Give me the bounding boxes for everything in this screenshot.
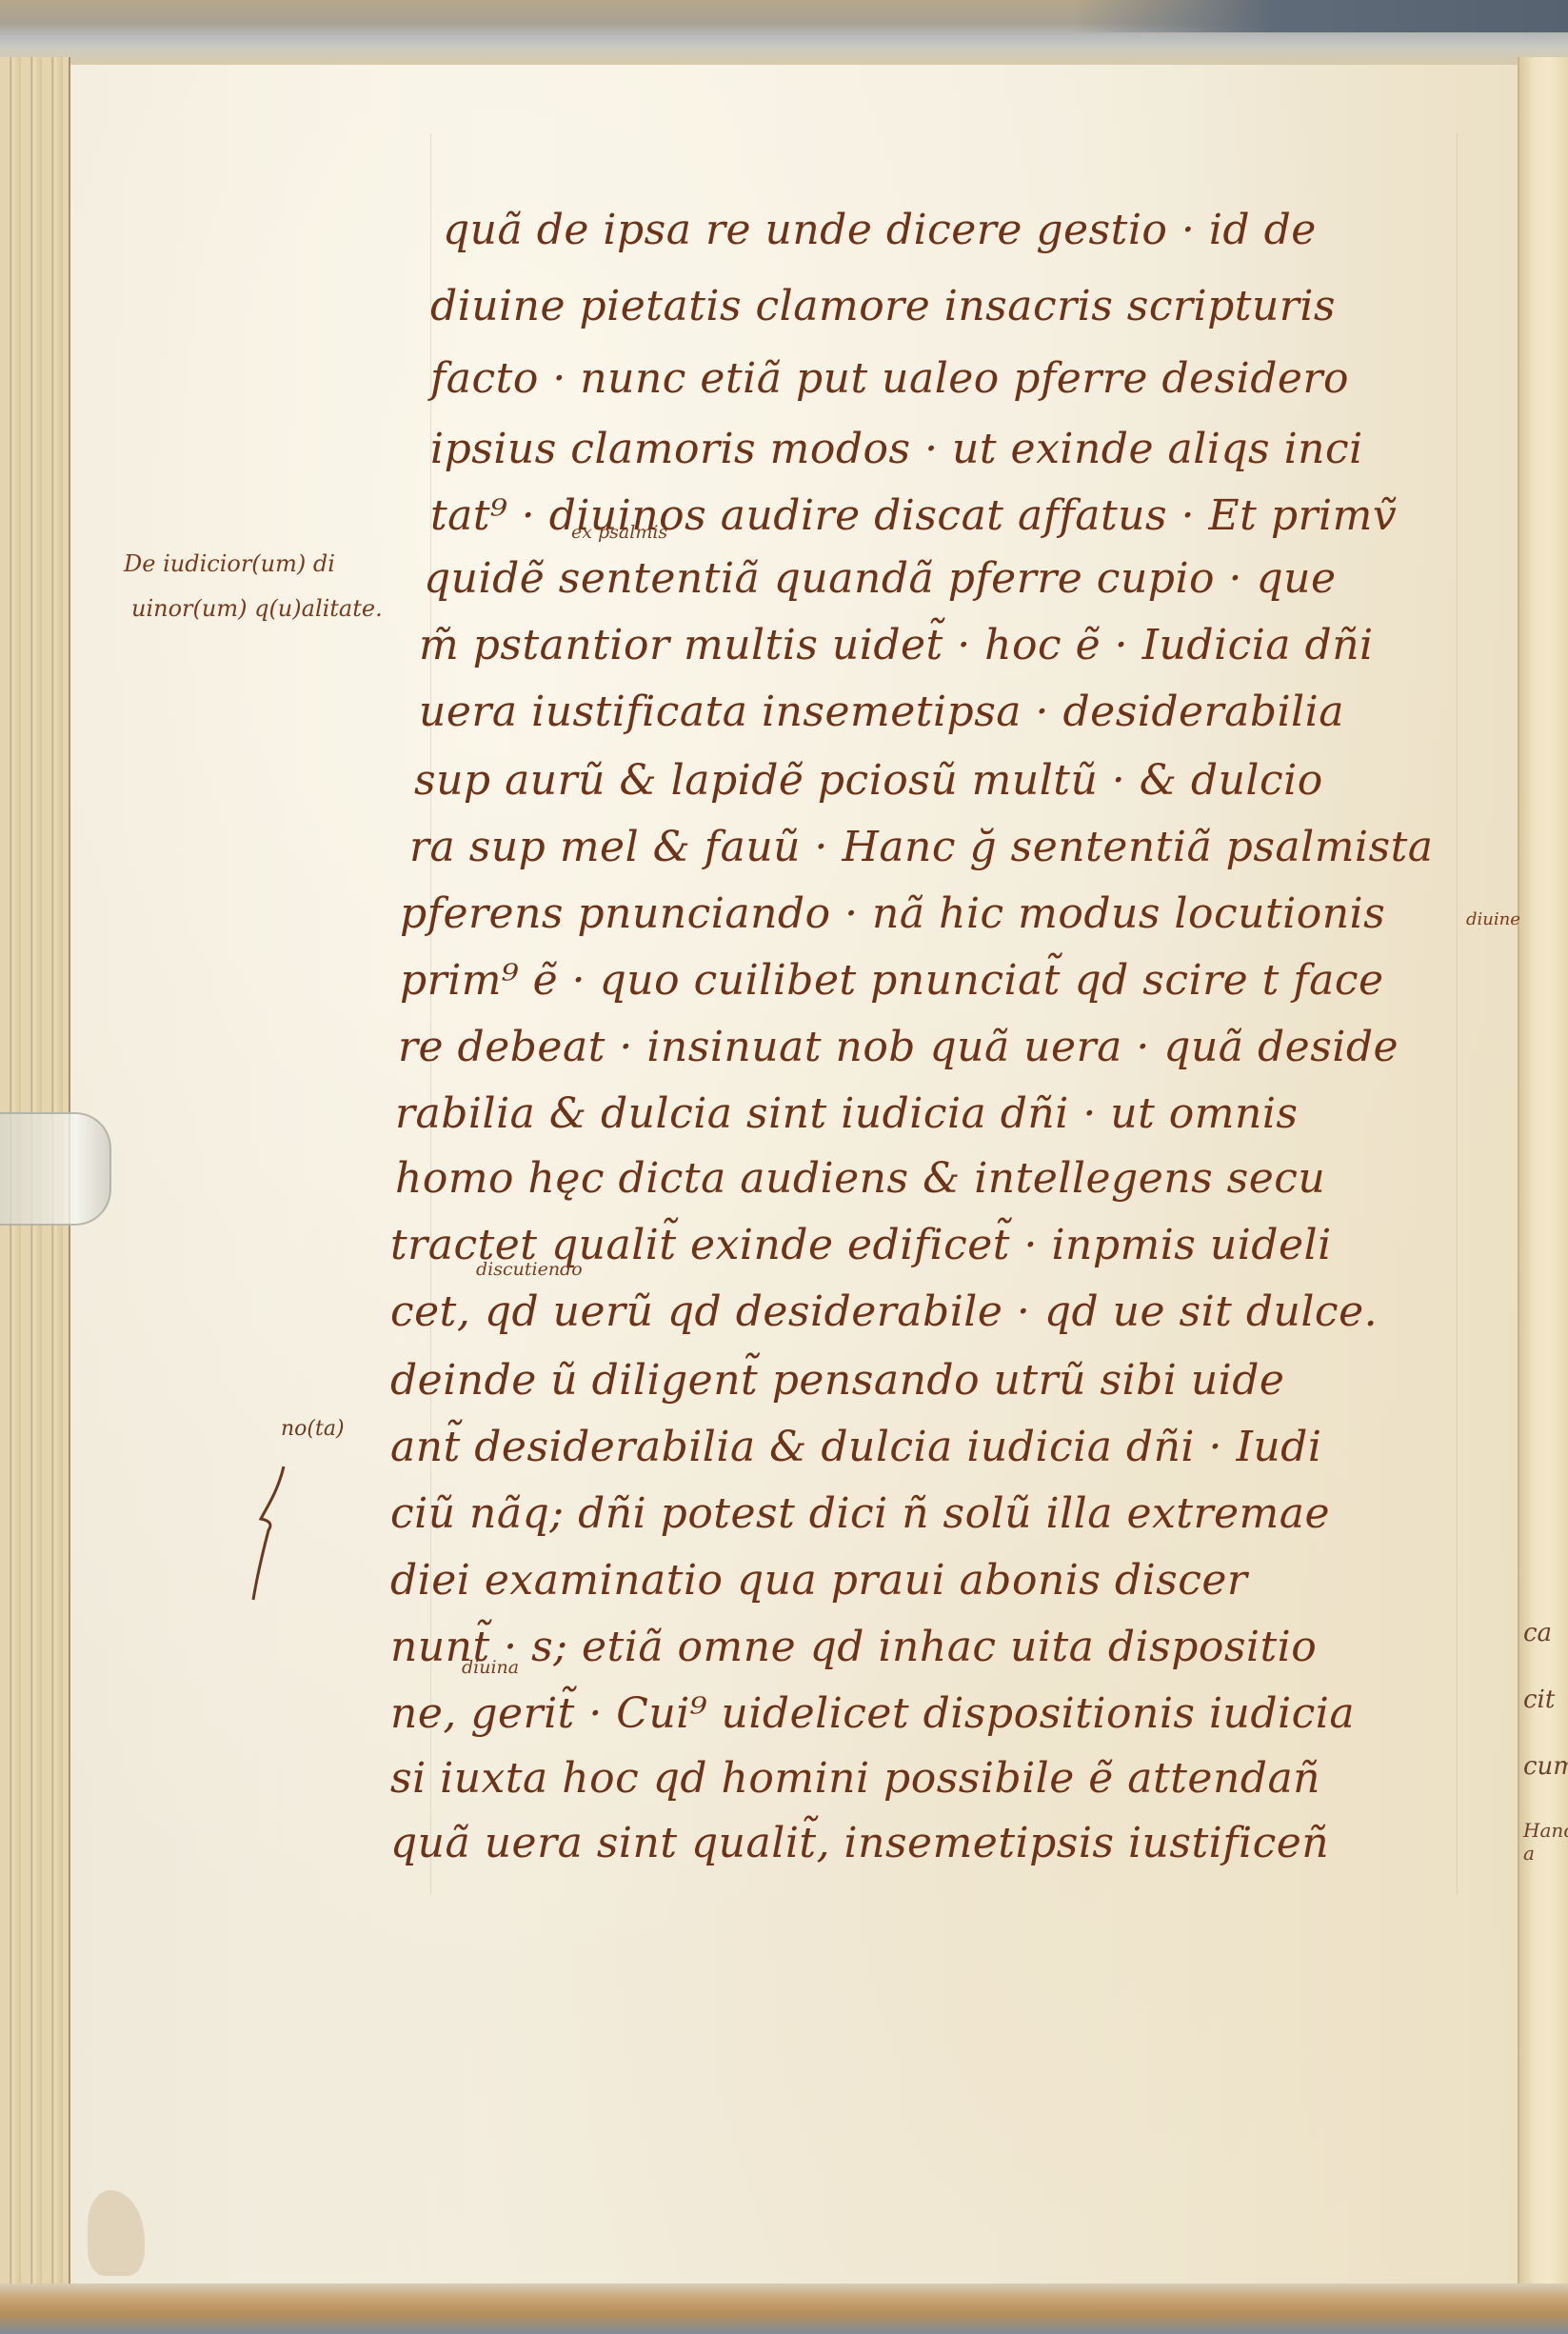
margin-note-line-2: uinor(um) q(u)alitate. xyxy=(131,595,383,622)
text-line: ra sup mel & fauũ · Hanc ğ sententiã psa… xyxy=(409,819,1434,876)
text-line: m̃ pstantior multis uidet̃ · hoc ẽ · Iud… xyxy=(419,617,1374,674)
text-line: quã uera sint qualit̃, insemetipsis iust… xyxy=(390,1815,1329,1872)
text-line: uera iustificata insemetipsa · desiderab… xyxy=(419,684,1344,741)
text-line: sup aurũ & lapidẽ pciosũ multũ · & dulci… xyxy=(414,752,1323,809)
nota-mark: no(ta) xyxy=(281,1417,345,1441)
gloss-discutiendo: discutiendo xyxy=(476,1259,583,1280)
page-clip xyxy=(0,1112,111,1226)
text-line: ipsius clamoris modos · ut exinde aliqs … xyxy=(430,421,1363,478)
text-line: rabilia & dulcia sint iudicia dñi · ut o… xyxy=(395,1086,1299,1143)
text-line: diei examinatio qua praui abonis discer xyxy=(390,1552,1247,1609)
text-line: facto · nunc etiã put ualeo pferre desid… xyxy=(430,350,1349,408)
gloss-ex-psalmis: ex psalmis xyxy=(571,522,667,543)
facing-fragment: cum xyxy=(1523,1752,1568,1781)
facing-fragment: ca xyxy=(1523,1619,1552,1647)
facing-fragment: cit xyxy=(1523,1686,1555,1714)
text-line: pferens pnunciando · nã hic modus locuti… xyxy=(400,886,1385,943)
text-line: cet, qd uerũ qd desiderabile · qd ue sit… xyxy=(390,1284,1378,1341)
text-line: nunt̃ · s; etiã omne qd inhac uita dispo… xyxy=(390,1619,1317,1676)
gloss-diuina: diuina xyxy=(462,1657,519,1678)
facing-page-edge xyxy=(1518,57,1568,2285)
text-line: ne, gerit̃ · Cui⁹ uidelicet dispositioni… xyxy=(390,1686,1355,1743)
text-line: ant̃ desiderabilia & dulcia iudicia dñi … xyxy=(390,1419,1321,1476)
facing-fragment: Hanc a xyxy=(1523,1819,1568,1865)
ruling-line-right xyxy=(1457,133,1458,1895)
nota-squiggle-icon xyxy=(249,1462,288,1605)
text-line: deinde ũ diligent̃ pensando utrũ sibi ui… xyxy=(390,1352,1284,1409)
text-line: re debeat · insinuat nob quã uera · quã … xyxy=(398,1019,1399,1076)
text-line: prim⁹ ẽ · quo cuilibet pnunciat̃ qd scir… xyxy=(400,952,1384,1009)
book-top-edge xyxy=(0,0,1568,67)
text-line: quã de ipsa re unde dicere gestio · id d… xyxy=(443,202,1317,259)
margin-note-line-1: De iudicior(um) di xyxy=(124,550,335,577)
book-bottom-edge xyxy=(0,2284,1568,2334)
text-line: quidẽ sententiã quandã pferre cupio · qu… xyxy=(424,550,1337,608)
text-line: ciũ nãq; dñi potest dici ñ solũ illa ext… xyxy=(390,1486,1330,1543)
right-margin-gloss: diuine xyxy=(1466,909,1520,929)
text-line: homo hęc dicta audiens & intellegens sec… xyxy=(395,1150,1325,1207)
text-line: diuine pietatis clamore insacris scriptu… xyxy=(430,278,1336,335)
text-line: si iuxta hoc qd homini possibile ẽ atten… xyxy=(390,1750,1320,1807)
